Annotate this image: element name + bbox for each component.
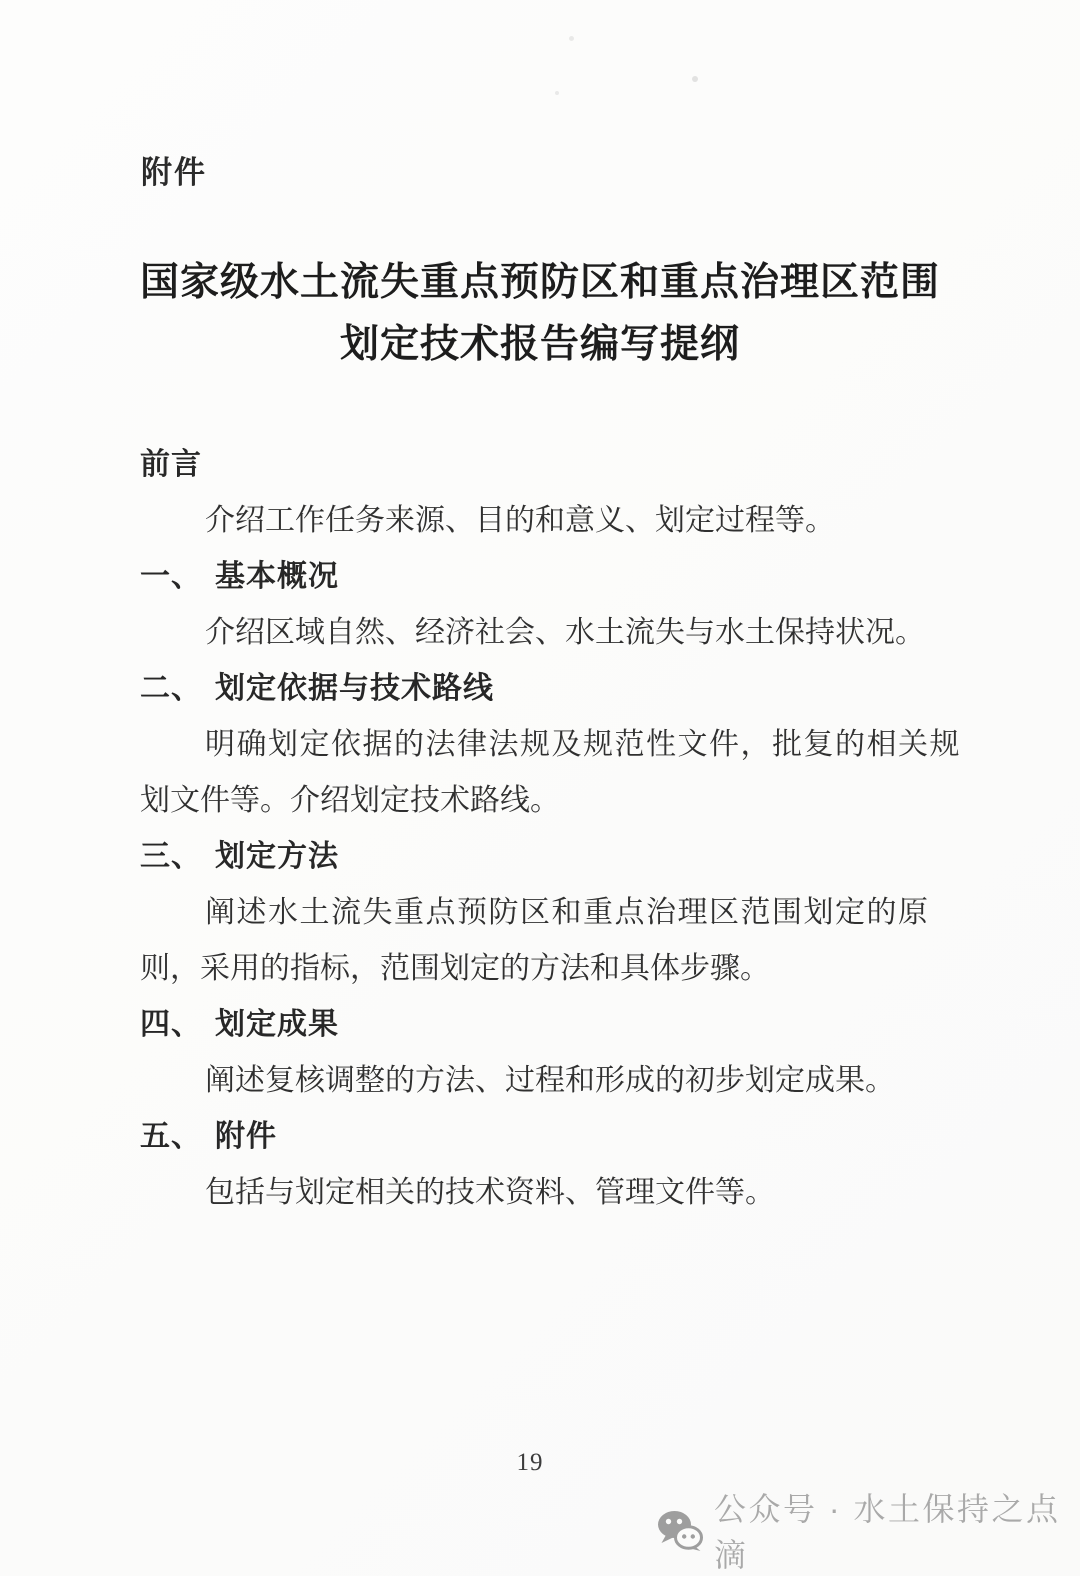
page-number: 19 (0, 1449, 1060, 1477)
attachment-label: 附件 (141, 147, 207, 192)
heading-number: 三、 (140, 840, 202, 873)
wechat-icon (656, 1510, 703, 1551)
outline-content: 前言介绍工作任务来源、目的和意义、划定过程等。一、基本概况介绍区域自然、经济社会… (140, 437, 930, 1221)
watermark-text: 公众号 · 水土保持之点滴 (714, 1484, 1080, 1576)
heading-label: 附件 (215, 1120, 277, 1153)
scan-speck (692, 76, 698, 82)
document-page: 附件 国家级水土流失重点预防区和重点治理区范围 划定技术报告编写提纲 前言介绍工… (0, 0, 1080, 1576)
heading-label: 划定依据与技术路线 (215, 672, 494, 705)
outline-text-line: 介绍工作任务来源、目的和意义、划定过程等。 (140, 493, 930, 549)
outline-heading: 前言 (140, 437, 930, 493)
outline-text-line: 阐述水土流失重点预防区和重点治理区范围划定的原 (140, 885, 930, 941)
title-line-1: 国家级水土流失重点预防区和重点治理区范围 (0, 252, 1080, 314)
heading-number: 四、 (140, 1008, 202, 1041)
document-title: 国家级水土流失重点预防区和重点治理区范围 划定技术报告编写提纲 (0, 252, 1080, 376)
outline-text-line: 明确划定依据的法律法规及规范性文件，批复的相关规 (140, 717, 930, 773)
outline-heading: 五、附件 (140, 1109, 930, 1165)
outline-text-line: 则，采用的指标，范围划定的方法和具体步骤。 (140, 941, 930, 997)
heading-label: 前言 (140, 448, 202, 481)
outline-text-line: 包括与划定相关的技术资料、管理文件等。 (140, 1165, 930, 1221)
scan-speck (569, 36, 574, 41)
heading-number: 五、 (140, 1120, 202, 1153)
outline-text-line: 划文件等。介绍划定技术路线。 (140, 773, 930, 829)
scan-speck (555, 91, 559, 95)
outline-heading: 二、划定依据与技术路线 (140, 661, 930, 717)
title-line-2: 划定技术报告编写提纲 (0, 314, 1080, 376)
outline-text-line: 介绍区域自然、经济社会、水土流失与水土保持状况。 (140, 605, 930, 661)
heading-label: 基本概况 (215, 560, 339, 593)
outline-heading: 一、基本概况 (140, 549, 930, 605)
outline-heading: 四、划定成果 (140, 997, 930, 1053)
heading-number: 二、 (140, 672, 202, 705)
heading-number: 一、 (140, 560, 202, 593)
outline-heading: 三、划定方法 (140, 829, 930, 885)
outline-text-line: 阐述复核调整的方法、过程和形成的初步划定成果。 (140, 1053, 930, 1109)
heading-label: 划定成果 (215, 1008, 339, 1041)
heading-label: 划定方法 (215, 840, 339, 873)
watermark: 公众号 · 水土保持之点滴 (656, 1504, 1080, 1556)
